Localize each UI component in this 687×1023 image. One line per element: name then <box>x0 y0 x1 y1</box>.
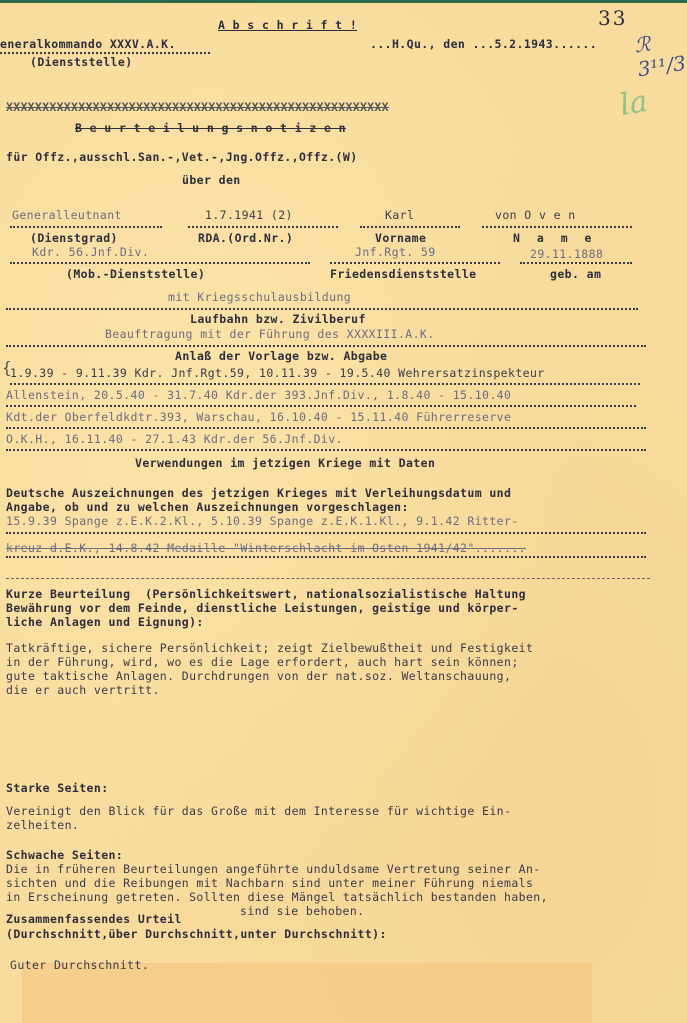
header-date: 5.2.1943 <box>495 37 554 51</box>
dotted-line <box>10 262 310 264</box>
birth-date-value: 29.11.1888 <box>530 247 603 261</box>
peace-unit-value: Jnf.Rgt. 59 <box>355 245 436 259</box>
dotted-line <box>482 226 632 228</box>
weaknesses-heading: Schwache Seiten: <box>6 848 123 862</box>
training-label: Laufbahn bzw. Zivilberuf <box>190 312 366 326</box>
page-number: 33 <box>598 6 627 30</box>
birth-label: geb. am <box>550 267 601 281</box>
assignment-line: 1.9.39 - 9.11.39 Kdr. Jnf.Rgt.59, 10.11.… <box>10 366 545 380</box>
weaknesses-line: sichten und die Reibungen mit Nachbarn s… <box>6 876 533 890</box>
dotted-line <box>520 262 632 264</box>
assignment-line: Allenstein, 20.5.40 - 31.7.40 Kdr.der 39… <box>6 388 511 402</box>
dotted-line <box>10 383 640 385</box>
peace-unit-label: Friedensdienststelle <box>330 267 476 281</box>
mob-unit-label: (Mob.-Dienststelle) <box>66 267 205 281</box>
assessment-line: die er auch vertritt. <box>6 683 160 697</box>
dotted-line <box>188 226 338 228</box>
first-name-label: Vorname <box>375 231 426 245</box>
section-divider <box>6 578 650 579</box>
header-unit: eneralkommando XXXV.A.K. <box>0 37 176 51</box>
document-title: A b s c h r i f t ! <box>218 18 357 32</box>
dotted-line <box>6 449 646 451</box>
about-line: über den <box>182 173 241 187</box>
weaknesses-line: Die in früheren Beurteilungen angeführte… <box>6 862 541 876</box>
assessment-line: in der Führung, wird, wo es die Lage erf… <box>6 655 519 669</box>
dotted-line <box>6 345 646 347</box>
dotted-line <box>10 226 162 228</box>
summary-scale: (Durchschnitt,über Durchschnitt,unter Du… <box>6 927 387 941</box>
assignments-label: Verwendungen im jetzigen Kriege mit Date… <box>135 456 435 470</box>
dotted-line <box>330 262 500 264</box>
dotted-line <box>0 52 210 54</box>
assessment-heading: Bewährung vor dem Feinde, dienstliche Le… <box>6 601 519 615</box>
summary-heading: Zusammenfassendes Urteil <box>6 912 182 926</box>
strengths-heading: Starke Seiten: <box>6 781 109 795</box>
award-line: 15.9.39 Spange z.E.K.2.Kl., 5.10.39 Span… <box>6 514 519 528</box>
reason-value: Beauftragung mit der Führung des XXXXIII… <box>105 327 435 341</box>
surname-value: von O v e n <box>495 208 576 222</box>
scope-line: für Offz.,ausschl.San.-,Vet.-,Jng.Offz.,… <box>6 150 358 164</box>
dotted-line <box>6 427 646 429</box>
training-value: mit Kriegsschulausbildung <box>168 290 351 304</box>
form-title: B e u r t e i l u n g s n o t i z e n <box>75 121 346 135</box>
assignment-line: O.K.H., 16.11.40 - 27.1.43 Kdr.der 56.Jn… <box>6 432 343 446</box>
summary-verdict: Guter Durchschnitt. <box>10 958 149 972</box>
assignment-line: Kdt.der Oberfeldkdtr.393, Warschau, 16.1… <box>6 410 511 424</box>
header-location: ...H.Qu., den ...5.2.1943...... <box>370 37 597 51</box>
strengths-line: zelheiten. <box>6 818 79 832</box>
weaknesses-line: sind sie behoben. <box>240 904 365 918</box>
first-name-value: Karl <box>385 208 414 222</box>
rda-value: 1.7.1941 (2) <box>205 208 293 222</box>
handwritten-initials-green: la <box>617 84 650 123</box>
struck-out-line: XXXXXXXXXXXXXXXXXXXXXXXXXXXXXXXXXXXXXXXX… <box>6 100 389 114</box>
assessment-heading: Kurze Beurteilung (Persönlichkeitswert, … <box>6 587 526 601</box>
reason-label: Anlaß der Vorlage bzw. Abgabe <box>175 349 387 363</box>
award-line: kreuz d.E.K., 14.8.42 Medaille "Wintersc… <box>6 541 526 555</box>
dotted-line <box>6 405 636 407</box>
paper-stain <box>22 963 592 1023</box>
awards-heading: Angabe, ob und zu welchen Auszeichnungen… <box>6 500 409 514</box>
dotted-line <box>6 308 638 310</box>
awards-heading: Deutsche Auszeichnungen des jetzigen Kri… <box>6 486 511 500</box>
assessment-line: gute taktische Anlagen. Durchdrungen von… <box>6 669 511 683</box>
dotted-line <box>6 556 646 558</box>
handwritten-annotation-blue: ℛ 3¹¹/3 <box>633 27 687 82</box>
dotted-line <box>6 532 646 534</box>
dotted-line <box>360 226 460 228</box>
rank-label: (Dienstgrad) <box>30 231 118 245</box>
rda-label: RDA.(Ord.Nr.) <box>198 231 293 245</box>
mob-unit-value: Kdr. 56.Jnf.Div. <box>32 245 149 259</box>
weaknesses-line: in Erscheinung getreten. Sollten diese M… <box>6 890 548 904</box>
assessment-heading: liche Anlagen und Eignung): <box>6 615 204 629</box>
header-unit-label: (Dienststelle) <box>30 55 133 69</box>
rank-value: Generalleutnant <box>12 208 122 222</box>
assessment-line: Tatkräftige, sichere Persönlichkeit; zei… <box>6 641 533 655</box>
surname-label: N a m e <box>513 231 596 245</box>
strengths-line: Vereinigt den Blick für das Große mit de… <box>6 804 511 818</box>
